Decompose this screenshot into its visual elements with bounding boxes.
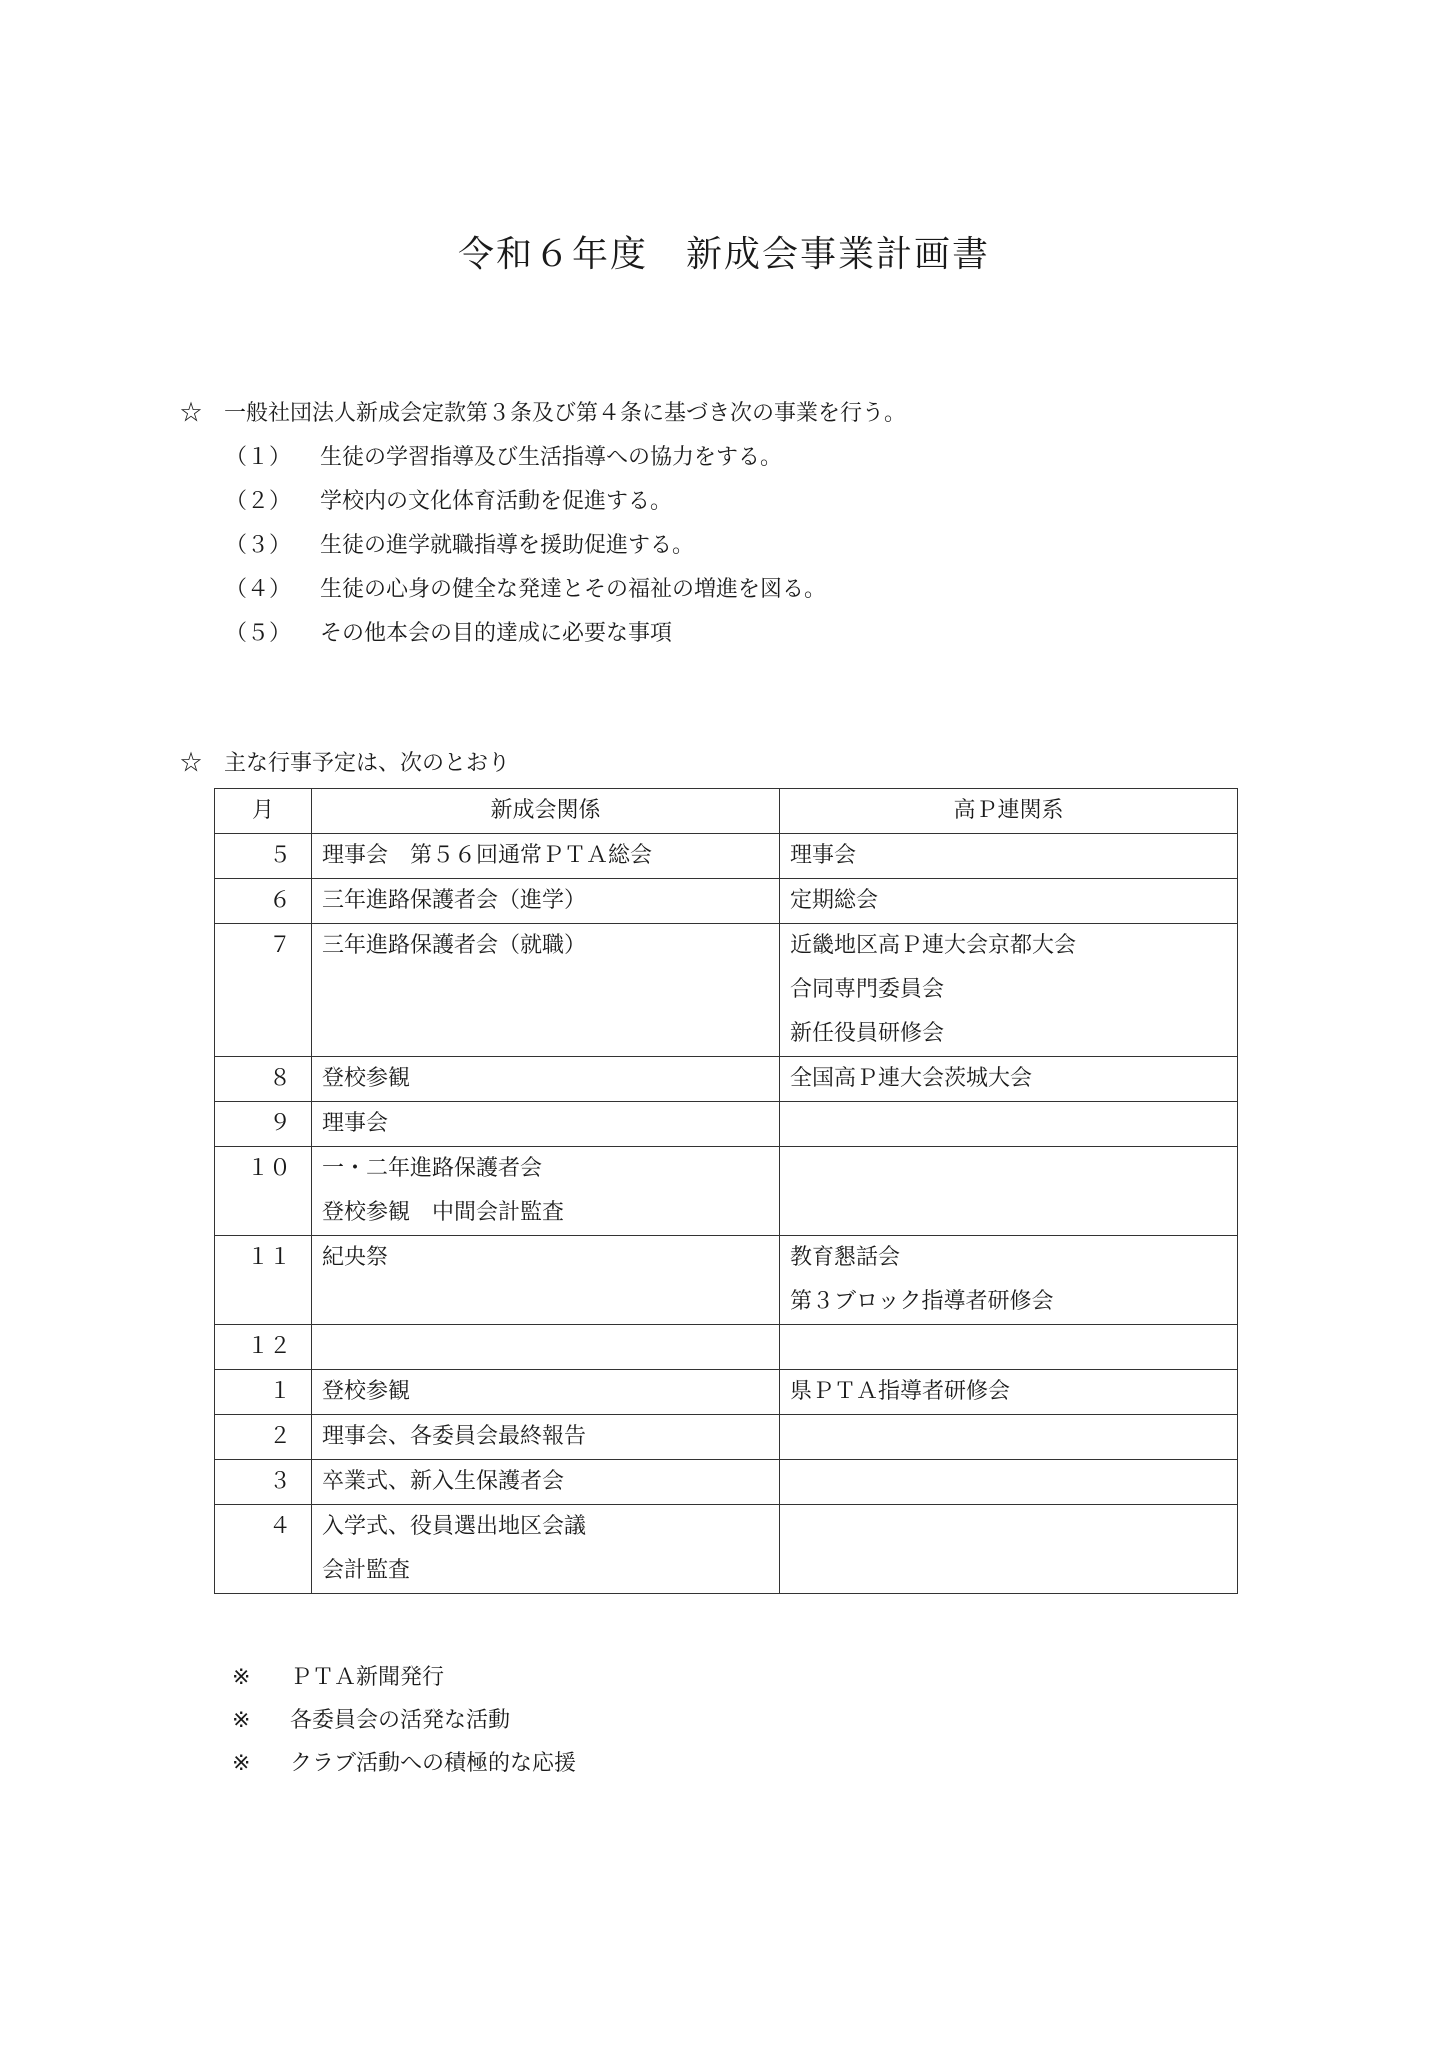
- reference-mark-icon: ※: [232, 1742, 290, 1785]
- table-header-row: 月 新成会関係 高Ｐ連関系: [215, 789, 1238, 834]
- event-line: 卒業式、新入生保護者会: [322, 1460, 769, 1504]
- item-number: （４）: [225, 568, 320, 612]
- event-line: [790, 1415, 1227, 1459]
- table-row: ９理事会: [215, 1102, 1238, 1147]
- header-kouporen: 高Ｐ連関系: [780, 789, 1238, 834]
- schedule-body: ５理事会 第５６回通常ＰＴＡ総会理事会６三年進路保護者会（進学）定期総会７三年進…: [215, 834, 1238, 1594]
- event-line: 登校参観: [322, 1370, 769, 1414]
- reference-mark-icon: ※: [232, 1699, 290, 1742]
- month-cell: １０: [215, 1147, 312, 1236]
- notes-section: ※ＰＴＡ新聞発行 ※各委員会の活発な活動 ※クラブ活動への積極的な応援: [232, 1656, 576, 1785]
- month-cell: ７: [215, 924, 312, 1057]
- shinseikai-cell: [312, 1325, 780, 1370]
- kouporen-cell: 県ＰＴＡ指導者研修会: [780, 1370, 1238, 1415]
- note-item: ※各委員会の活発な活動: [232, 1699, 576, 1742]
- star-bullet-icon: ☆: [180, 751, 202, 776]
- shinseikai-cell: 理事会: [312, 1102, 780, 1147]
- purpose-item: （２）学校内の文化体育活動を促進する。: [180, 480, 906, 524]
- event-line: 理事会: [790, 834, 1227, 878]
- kouporen-cell: [780, 1147, 1238, 1236]
- star-bullet-icon: ☆: [180, 401, 202, 426]
- shinseikai-cell: 紀央祭: [312, 1236, 780, 1325]
- table-row: １登校参観県ＰＴＡ指導者研修会: [215, 1370, 1238, 1415]
- schedule-table: 月 新成会関係 高Ｐ連関系 ５理事会 第５６回通常ＰＴＡ総会理事会６三年進路保護…: [214, 788, 1238, 1594]
- month-cell: ８: [215, 1057, 312, 1102]
- event-line: [322, 968, 769, 1012]
- kouporen-cell: [780, 1325, 1238, 1370]
- item-number: （２）: [225, 480, 320, 524]
- event-line: 教育懇話会: [790, 1236, 1227, 1280]
- month-cell: ２: [215, 1415, 312, 1460]
- event-line: [790, 1460, 1227, 1504]
- month-cell: ５: [215, 834, 312, 879]
- event-line: [790, 1191, 1227, 1235]
- event-line: 三年進路保護者会（就職）: [322, 924, 769, 968]
- event-line: 理事会: [322, 1102, 769, 1146]
- table-row: ２理事会、各委員会最終報告: [215, 1415, 1238, 1460]
- table-row: ８登校参観全国高Ｐ連大会茨城大会: [215, 1057, 1238, 1102]
- kouporen-cell: 近畿地区高Ｐ連大会京都大会合同専門委員会新任役員研修会: [780, 924, 1238, 1057]
- kouporen-cell: [780, 1102, 1238, 1147]
- shinseikai-cell: 登校参観: [312, 1370, 780, 1415]
- note-item: ※ＰＴＡ新聞発行: [232, 1656, 576, 1699]
- event-line: [322, 1325, 769, 1369]
- event-line: [322, 1012, 769, 1056]
- shinseikai-cell: 登校参観: [312, 1057, 780, 1102]
- shinseikai-cell: 三年進路保護者会（進学）: [312, 879, 780, 924]
- event-line: 登校参観: [322, 1057, 769, 1101]
- table-row: ６三年進路保護者会（進学）定期総会: [215, 879, 1238, 924]
- month-cell: １: [215, 1370, 312, 1415]
- kouporen-cell: 教育懇話会第３ブロック指導者研修会: [780, 1236, 1238, 1325]
- event-line: 入学式、役員選出地区会議: [322, 1505, 769, 1549]
- shinseikai-cell: 一・二年進路保護者会登校参観 中間会計監査: [312, 1147, 780, 1236]
- event-line: 紀央祭: [322, 1236, 769, 1280]
- kouporen-cell: [780, 1460, 1238, 1505]
- shinseikai-cell: 理事会 第５６回通常ＰＴＡ総会: [312, 834, 780, 879]
- item-text: 生徒の進学就職指導を援助促進する。: [320, 533, 694, 558]
- shinseikai-cell: 入学式、役員選出地区会議会計監査: [312, 1505, 780, 1594]
- event-line: 第３ブロック指導者研修会: [790, 1280, 1227, 1324]
- event-line: 近畿地区高Ｐ連大会京都大会: [790, 924, 1227, 968]
- event-line: 登校参観 中間会計監査: [322, 1191, 769, 1235]
- event-line: 理事会 第５６回通常ＰＴＡ総会: [322, 834, 769, 878]
- event-line: 会計監査: [322, 1549, 769, 1593]
- month-cell: １１: [215, 1236, 312, 1325]
- event-line: 一・二年進路保護者会: [322, 1147, 769, 1191]
- note-item: ※クラブ活動への積極的な応援: [232, 1742, 576, 1785]
- schedule-heading-text: 主な行事予定は、次のとおり: [224, 751, 510, 776]
- kouporen-cell: [780, 1415, 1238, 1460]
- table-row: ５理事会 第５６回通常ＰＴＡ総会理事会: [215, 834, 1238, 879]
- item-text: 生徒の心身の健全な発達とその福祉の増進を図る。: [320, 577, 826, 602]
- item-number: （５）: [225, 612, 320, 656]
- event-line: 新任役員研修会: [790, 1012, 1227, 1056]
- event-line: 理事会、各委員会最終報告: [322, 1415, 769, 1459]
- item-text: 生徒の学習指導及び生活指導への協力をする。: [320, 445, 782, 470]
- shinseikai-cell: 卒業式、新入生保護者会: [312, 1460, 780, 1505]
- note-text: クラブ活動への積極的な応援: [290, 1751, 576, 1776]
- month-cell: １２: [215, 1325, 312, 1370]
- header-shinseikai: 新成会関係: [312, 789, 780, 834]
- event-line: [790, 1549, 1227, 1593]
- item-text: 学校内の文化体育活動を促進する。: [320, 489, 672, 514]
- purpose-item: （３）生徒の進学就職指導を援助促進する。: [180, 524, 906, 568]
- kouporen-cell: [780, 1505, 1238, 1594]
- purpose-lead-text: 一般社団法人新成会定款第３条及び第４条に基づき次の事業を行う。: [224, 401, 906, 426]
- event-line: [790, 1505, 1227, 1549]
- item-text: その他本会の目的達成に必要な事項: [320, 621, 672, 646]
- event-line: 定期総会: [790, 879, 1227, 923]
- note-text: 各委員会の活発な活動: [290, 1708, 510, 1733]
- purpose-item: （４）生徒の心身の健全な発達とその福祉の増進を図る。: [180, 568, 906, 612]
- shinseikai-cell: 三年進路保護者会（就職）: [312, 924, 780, 1057]
- note-text: ＰＴＡ新聞発行: [290, 1665, 444, 1690]
- event-line: [790, 1102, 1227, 1146]
- event-line: [790, 1325, 1227, 1369]
- event-line: [790, 1147, 1227, 1191]
- item-number: （３）: [225, 524, 320, 568]
- header-month: 月: [215, 789, 312, 834]
- table-row: １１紀央祭 教育懇話会第３ブロック指導者研修会: [215, 1236, 1238, 1325]
- month-cell: ６: [215, 879, 312, 924]
- table-row: ７三年進路保護者会（就職） 近畿地区高Ｐ連大会京都大会合同専門委員会新任役員研修…: [215, 924, 1238, 1057]
- business-purpose-section: ☆ 一般社団法人新成会定款第３条及び第４条に基づき次の事業を行う。 （１）生徒の…: [180, 392, 906, 656]
- reference-mark-icon: ※: [232, 1656, 290, 1699]
- event-line: 県ＰＴＡ指導者研修会: [790, 1370, 1227, 1414]
- event-line: [322, 1280, 769, 1324]
- schedule-heading: ☆ 主な行事予定は、次のとおり: [180, 746, 510, 777]
- event-line: 三年進路保護者会（進学）: [322, 879, 769, 923]
- month-cell: ３: [215, 1460, 312, 1505]
- month-cell: ９: [215, 1102, 312, 1147]
- event-line: 合同専門委員会: [790, 968, 1227, 1012]
- table-row: ３卒業式、新入生保護者会: [215, 1460, 1238, 1505]
- kouporen-cell: 全国高Ｐ連大会茨城大会: [780, 1057, 1238, 1102]
- kouporen-cell: 理事会: [780, 834, 1238, 879]
- shinseikai-cell: 理事会、各委員会最終報告: [312, 1415, 780, 1460]
- kouporen-cell: 定期総会: [780, 879, 1238, 924]
- purpose-item: （５）その他本会の目的達成に必要な事項: [180, 612, 906, 656]
- table-row: ４入学式、役員選出地区会議会計監査: [215, 1505, 1238, 1594]
- month-cell: ４: [215, 1505, 312, 1594]
- event-line: 全国高Ｐ連大会茨城大会: [790, 1057, 1227, 1101]
- table-row: １２: [215, 1325, 1238, 1370]
- purpose-lead: ☆ 一般社団法人新成会定款第３条及び第４条に基づき次の事業を行う。: [180, 392, 906, 436]
- item-number: （１）: [225, 436, 320, 480]
- document-title: 令和６年度 新成会事業計画書: [0, 226, 1448, 277]
- purpose-item: （１）生徒の学習指導及び生活指導への協力をする。: [180, 436, 906, 480]
- table-row: １０一・二年進路保護者会登校参観 中間会計監査: [215, 1147, 1238, 1236]
